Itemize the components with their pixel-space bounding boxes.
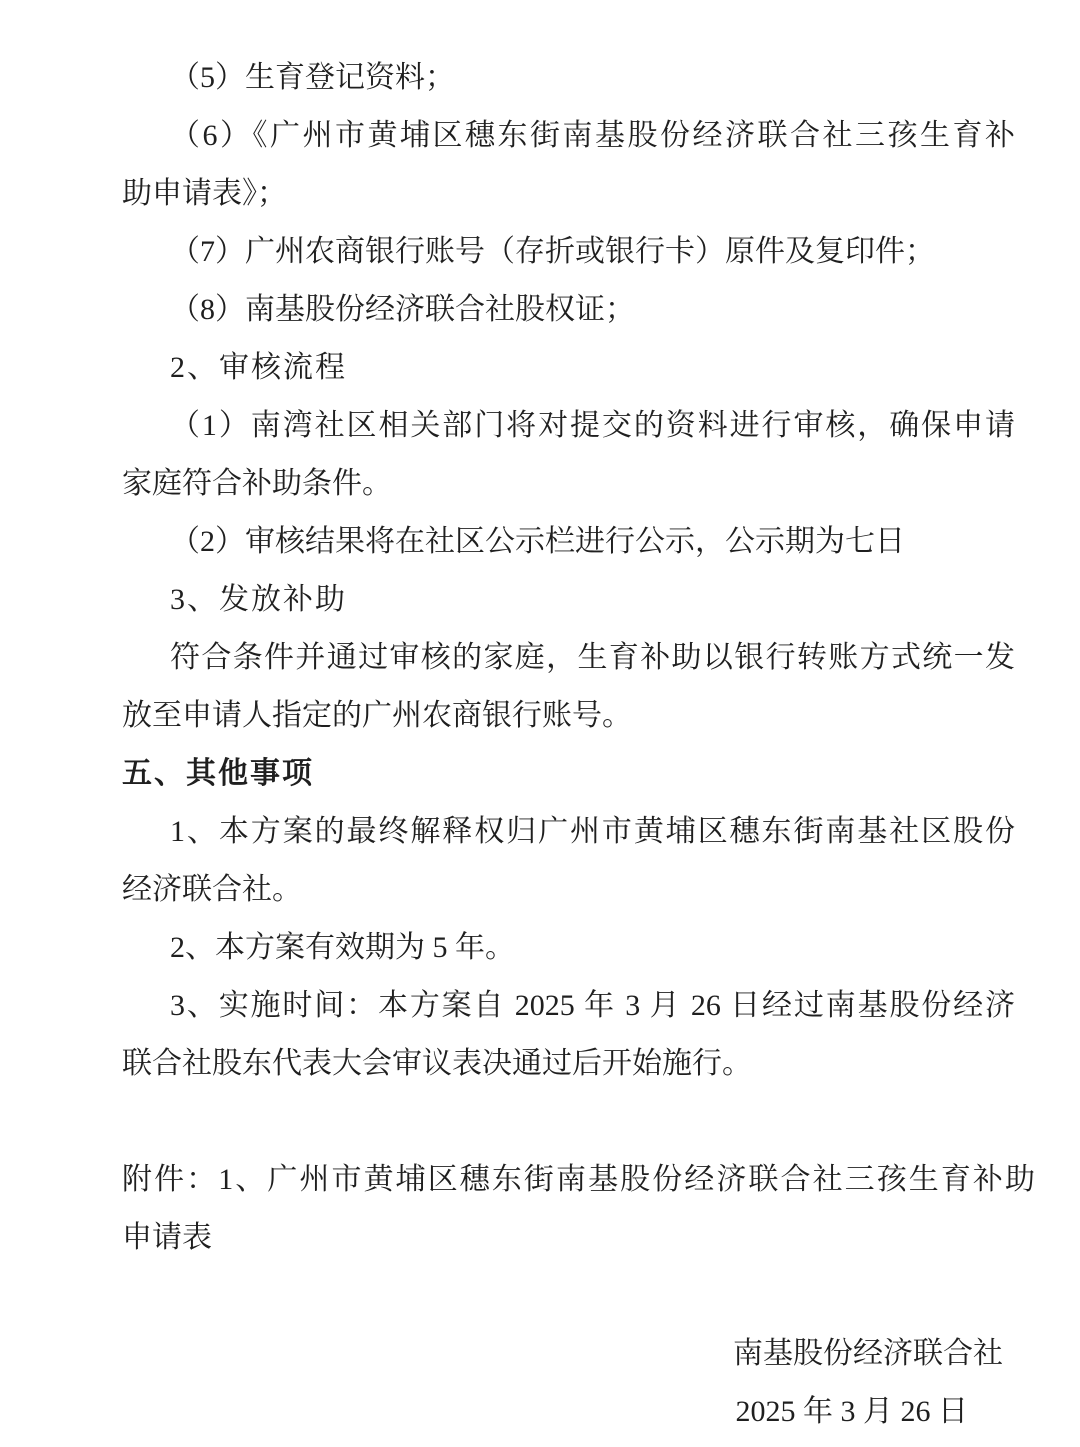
para-review-1-line2: 家庭符合补助条件。 [122, 455, 1015, 513]
document-body: （5）生育登记资料；（6）《广州市黄埔区穗东街南基股份经济联合社三孩生育补助申请… [122, 49, 1015, 1441]
attachment-note-line1: 附件：1、广州市黄埔区穗东街南基股份经济联合社三孩生育补助 [122, 1151, 1035, 1209]
list-item-8: （8）南基股份经济联合社股权证； [122, 281, 1015, 339]
attachment-note-line2: 申请表 [122, 1209, 1015, 1267]
section-heading-other-matters: 五、其他事项 [122, 745, 1015, 803]
para-other-2: 2、本方案有效期为 5 年。 [122, 919, 1015, 977]
para-other-1-line2: 经济联合社。 [122, 861, 1015, 919]
subheading-grant-subsidy: 3、发放补助 [122, 571, 1015, 629]
signature-date: 2025 年 3 月 26 日 [122, 1383, 1015, 1441]
blank-line [122, 1267, 1015, 1325]
list-item-6-line2: 助申请表》； [122, 165, 1015, 223]
list-item-7: （7）广州农商银行账号（存折或银行卡）原件及复印件； [122, 223, 1015, 281]
subheading-review-process: 2、审核流程 [122, 339, 1015, 397]
para-grant-line2: 放至申请人指定的广州农商银行账号。 [122, 687, 1015, 745]
list-item-5: （5）生育登记资料； [122, 49, 1015, 107]
list-item-6-line1: （6）《广州市黄埔区穗东街南基股份经济联合社三孩生育补 [122, 107, 1015, 165]
para-other-3-line1: 3、实施时间：本方案自 2025 年 3 月 26 日经过南基股份经济 [122, 977, 1015, 1035]
para-other-3-line2: 联合社股东代表大会审议表决通过后开始施行。 [122, 1035, 1015, 1093]
para-review-1-line1: （1）南湾社区相关部门将对提交的资料进行审核，确保申请 [122, 397, 1015, 455]
para-other-1-line1: 1、本方案的最终解释权归广州市黄埔区穗东街南基社区股份 [122, 803, 1015, 861]
para-grant-line1: 符合条件并通过审核的家庭，生育补助以银行转账方式统一发 [122, 629, 1015, 687]
blank-line [122, 1093, 1015, 1151]
document-page: （5）生育登记资料；（6）《广州市黄埔区穗东街南基股份经济联合社三孩生育补助申请… [0, 0, 1080, 1447]
para-review-2: （2）审核结果将在社区公示栏进行公示，公示期为七日 [122, 513, 1015, 571]
signature-org: 南基股份经济联合社 [122, 1325, 1015, 1383]
